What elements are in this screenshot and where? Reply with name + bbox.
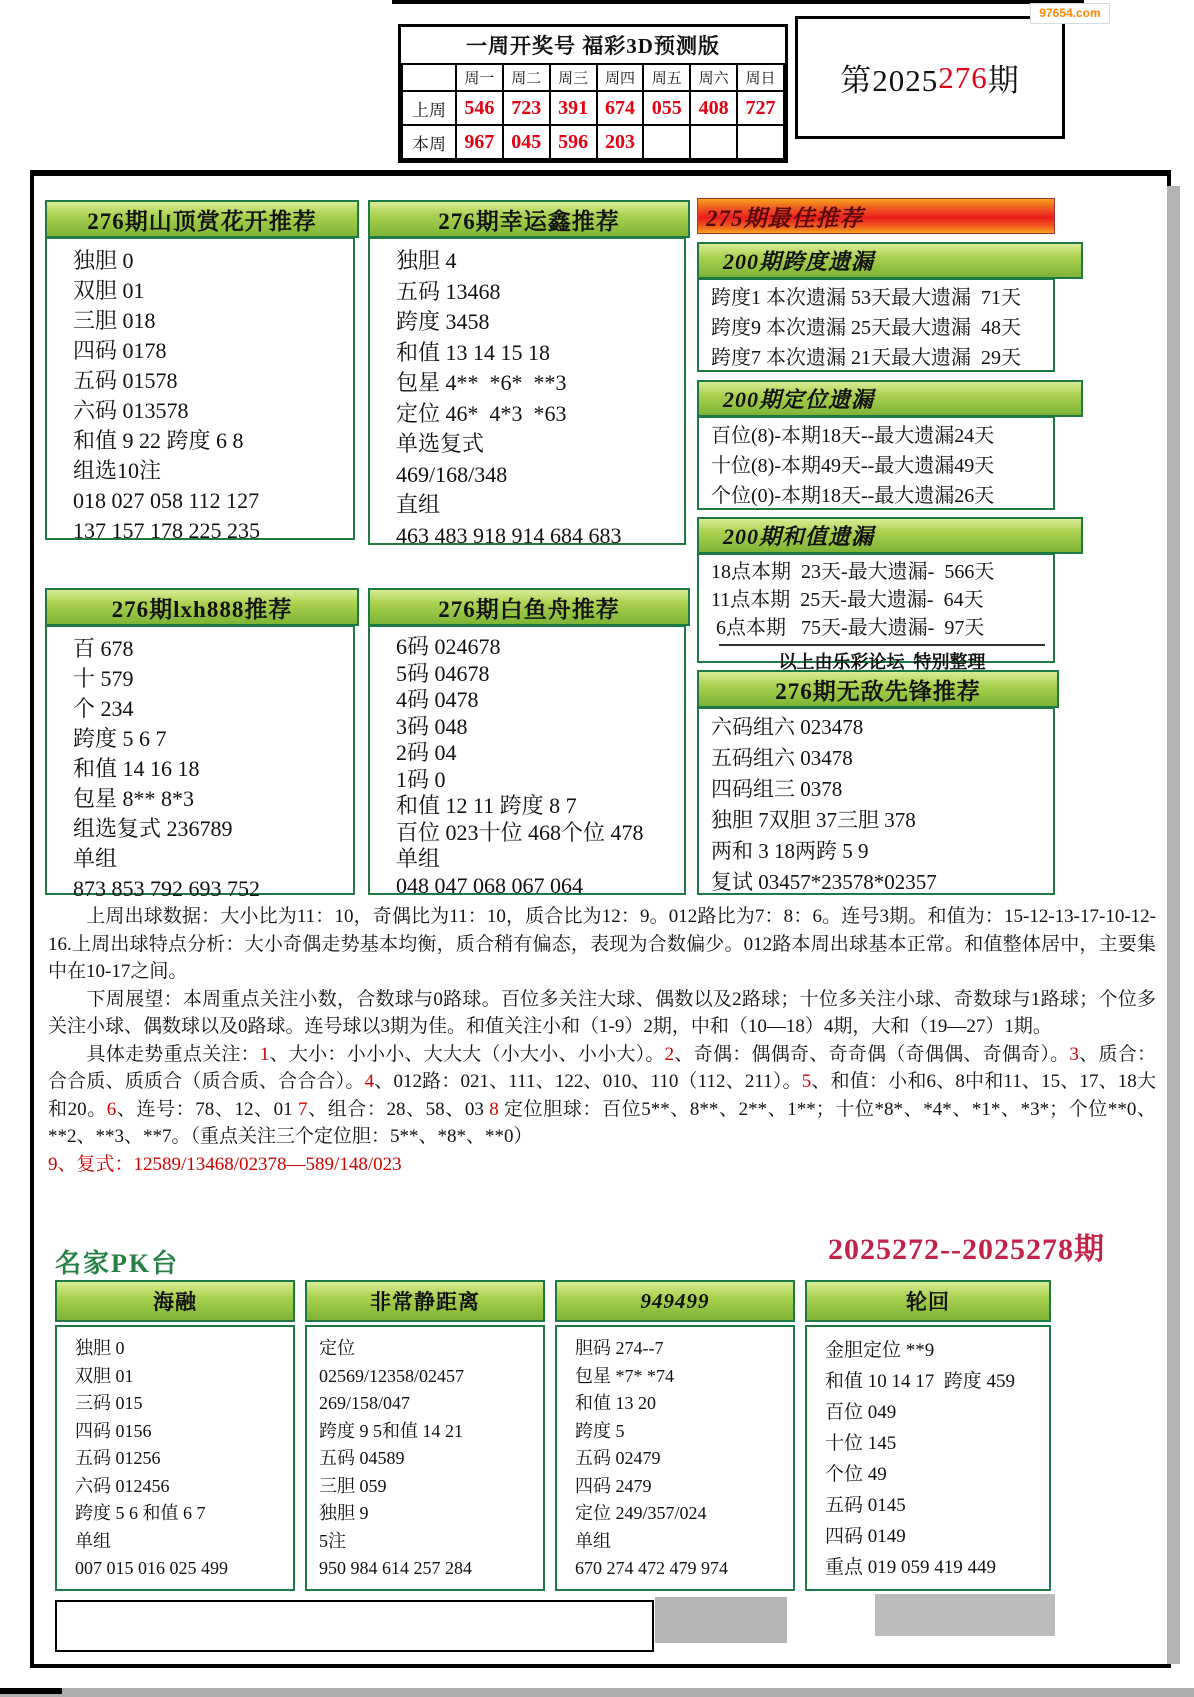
text-line: 02569/12358/02457 <box>319 1363 543 1391</box>
pk-box-hairong-body: 独胆 0双胆 01三码 015四码 0156五码 01256六码 012456跨… <box>55 1325 295 1591</box>
box-wudi-header: 276期无敌先锋推荐 <box>697 670 1059 708</box>
box-hezhi-omit-body: 18点本期 23天-最大遗漏- 566天11点本期 25天-最大遗漏- 64天 … <box>697 553 1055 663</box>
text-line: 百位 023十位 468个位 478 <box>396 820 684 847</box>
text-line: 跨度 3458 <box>396 307 684 338</box>
text-line: 双胆 01 <box>73 276 353 306</box>
text-line: 和值 13 20 <box>575 1390 793 1418</box>
bottom-empty-box <box>55 1600 654 1652</box>
bottom-gray-block <box>655 1597 787 1643</box>
text-line: 组选复式 236789 <box>73 814 353 844</box>
analysis-segment: 、连号：78、12、01 <box>116 1099 298 1120</box>
empty-cell <box>737 125 784 159</box>
text-line: 三胆 018 <box>73 306 353 336</box>
text-line: 六码 012456 <box>75 1473 293 1501</box>
pk-box-feichangjingjuli-header: 非常静距离 <box>305 1280 545 1322</box>
text-line: 个位 49 <box>825 1459 1049 1490</box>
text-line: 和值 13 14 15 18 <box>396 338 684 369</box>
row-label: 上周 <box>402 91 456 125</box>
pk-box-feichangjingjuli: 非常静距离 定位02569/12358/02457269/158/047跨度 9… <box>305 1280 545 1591</box>
text-line: 定位 249/357/024 <box>575 1500 793 1528</box>
draw-number: 967 <box>456 125 503 159</box>
draw-number: 727 <box>737 91 784 125</box>
text-line: 3码 048 <box>396 714 684 741</box>
text-line: 十位(8)-本期49天--最大遗漏49天 <box>711 451 1053 481</box>
pk-box-949499-header: 949499 <box>555 1280 795 1322</box>
analysis-para-lastweek: 上周出球数据：大小比为11：10，奇偶比为11：10，质合比为12：9。012路… <box>48 903 1156 986</box>
red-index-marker: 3 <box>1069 1044 1079 1065</box>
analysis-segment: 、组合：28、58、03 <box>308 1099 490 1120</box>
text-line: 个位(0)-本期18天--最大遗漏26天 <box>711 481 1053 511</box>
text-line: 双胆 01 <box>75 1363 293 1391</box>
issue-suffix: 期 <box>988 55 1020 100</box>
pk-box-hairong-header: 海融 <box>55 1280 295 1322</box>
text-line: 百位 049 <box>825 1397 1049 1428</box>
site-watermark: 97654.com <box>1030 3 1110 24</box>
box-kuadu-omit-body: 跨度1 本次遗漏 53天最大遗漏 71天跨度9 本次遗漏 25天最大遗漏 48天… <box>697 278 1055 372</box>
text-line: 跨度7 本次遗漏 21天最大遗漏 29天 <box>711 343 1053 373</box>
analysis-segment: 具体走势重点关注： <box>48 1044 260 1065</box>
box-shanding-header: 276期山顶赏花开推荐 <box>45 200 359 238</box>
issue-number: 276 <box>938 60 988 96</box>
red-index-marker: 6 <box>107 1099 117 1120</box>
text-line: 独胆 0 <box>73 246 353 276</box>
corner-cell <box>402 64 456 91</box>
text-line: 五码 01256 <box>75 1445 293 1473</box>
text-line: 个 234 <box>73 694 353 724</box>
text-line: 1码 0 <box>396 767 684 794</box>
scan-shadow-right <box>1167 186 1180 1664</box>
draw-number: 546 <box>456 91 503 125</box>
text-line: 048 047 068 067 064 <box>396 873 684 900</box>
pk-boxes-row: 海融 独胆 0双胆 01三码 015四码 0156五码 01256六码 0124… <box>55 1280 1051 1591</box>
day-header: 周六 <box>690 64 737 91</box>
lottery-prediction-page: 97654.com 一周开奖号 福彩3D预测版 周一 周二 周三 周四 周五 周… <box>0 0 1194 1697</box>
box-lxh888-header: 276期lxh888推荐 <box>45 588 359 626</box>
text-line: 金胆定位 **9 <box>825 1335 1049 1366</box>
draw-number: 203 <box>597 125 644 159</box>
box-dingwei-omit-body: 百位(8)-本期18天--最大遗漏24天十位(8)-本期49天--最大遗漏49天… <box>697 416 1055 510</box>
text-line: 十位 145 <box>825 1428 1049 1459</box>
text-line: 五码 0145 <box>825 1490 1049 1521</box>
text-line: 定位 46* 4*3 *63 <box>396 399 684 430</box>
pk-box-lunhui-body: 金胆定位 **9和值 10 14 17 跨度 459百位 049十位 145个位… <box>805 1325 1051 1591</box>
pk-box-lunhui-header: 轮回 <box>805 1280 1051 1322</box>
text-line: 五码 01578 <box>73 366 353 396</box>
pk-box-lunhui: 轮回 金胆定位 **9和值 10 14 17 跨度 459百位 049十位 14… <box>805 1280 1051 1591</box>
top-border-line <box>392 0 1084 4</box>
draw-number: 055 <box>643 91 690 125</box>
analysis-para-outlook: 下周展望：本周重点关注小数，合数球与0路球。百位多关注大球、偶数以及2路球；十位… <box>48 986 1156 1041</box>
text-line: 137 157 178 225 235 <box>73 516 353 546</box>
text-line: 百位(8)-本期18天--最大遗漏24天 <box>711 421 1053 451</box>
draw-number: 723 <box>503 91 550 125</box>
text-line: 6点本期 75天-最大遗漏- 97天 <box>711 614 1053 642</box>
row-label: 本周 <box>402 125 456 159</box>
box-baiyuzhou-body: 6码 0246785码 046784码 04783码 0482码 041码 0和… <box>368 625 686 895</box>
analysis-segment: 、012路：021、111、122、010、110（112、211）。 <box>374 1071 802 1092</box>
issue-prefix: 第2025 <box>840 55 938 100</box>
box-kuadu-omit-header: 200期跨度遗漏 <box>697 242 1083 279</box>
text-line: 和值 12 11 跨度 8 7 <box>396 793 684 820</box>
draw-number: 045 <box>503 125 550 159</box>
text-line: 跨度 5 <box>575 1418 793 1446</box>
text-line: 跨度 5 6 7 <box>73 724 353 754</box>
box-xingyunxin-body: 独胆 4五码 13468跨度 3458和值 13 14 15 18包星 4** … <box>368 237 686 545</box>
analysis-segment: 、奇偶：偶偶奇、奇奇偶（奇偶偶、奇偶奇）。 <box>674 1044 1069 1065</box>
day-header: 周四 <box>597 64 644 91</box>
text-line: 独胆 7双胆 37三胆 378 <box>711 805 1053 836</box>
text-line: 独胆 9 <box>319 1500 543 1528</box>
text-line: 873 853 792 693 752 <box>73 874 353 904</box>
weekly-table-title: 一周开奖号 福彩3D预测版 <box>401 27 785 63</box>
pk-box-949499-body: 胆码 274--7包星 *7* *74和值 13 20跨度 5五码 02479四… <box>555 1325 795 1591</box>
text-line: 五码组六 03478 <box>711 743 1053 774</box>
text-line: 跨度 9 5和值 14 21 <box>319 1418 543 1446</box>
text-line: 胆码 274--7 <box>575 1335 793 1363</box>
text-line: 950 984 614 257 284 <box>319 1555 543 1583</box>
text-line: 2码 04 <box>396 740 684 767</box>
text-line: 三码 015 <box>75 1390 293 1418</box>
text-line: 跨度9 本次遗漏 25天最大遗漏 48天 <box>711 313 1053 343</box>
pk-box-feichangjingjuli-body: 定位02569/12358/02457269/158/047跨度 9 5和值 1… <box>305 1325 545 1591</box>
text-line: 四码 0149 <box>825 1521 1049 1552</box>
text-line: 4码 0478 <box>396 687 684 714</box>
text-line: 独胆 4 <box>396 246 684 277</box>
pk-box-949499: 949499 胆码 274--7包星 *7* *74和值 13 20跨度 5五码… <box>555 1280 795 1591</box>
text-line: 5码 04678 <box>396 661 684 688</box>
text-line: 007 015 016 025 499 <box>75 1555 293 1583</box>
draw-number: 391 <box>550 91 597 125</box>
analysis-segment: 、大小：小小小、大大大（小大小、小小大）。 <box>269 1044 664 1065</box>
box-hezhi-omit-header: 200期和值遗漏 <box>697 517 1083 554</box>
table-header-row: 周一 周二 周三 周四 周五 周六 周日 <box>402 64 784 91</box>
day-header: 周五 <box>643 64 690 91</box>
text-line: 四码 0178 <box>73 336 353 366</box>
text-line: 单组 <box>396 846 684 873</box>
text-line: 十 579 <box>73 664 353 694</box>
red-index-marker: 1 <box>260 1044 270 1065</box>
text-line: 五码 04589 <box>319 1445 543 1473</box>
box-dingwei-omit-header: 200期定位遗漏 <box>697 380 1083 417</box>
analysis-para-fushi: 9、复式：12589/13468/02378—589/148/023 <box>48 1151 1156 1179</box>
text-line: 直组 <box>396 490 684 521</box>
red-index-marker: 4 <box>365 1071 375 1092</box>
scan-shadow-bottom <box>0 1688 1194 1697</box>
text-line: 单组 <box>75 1528 293 1556</box>
text-line: 六码组六 023478 <box>711 712 1053 743</box>
text-line: 包星 4** *6* **3 <box>396 368 684 399</box>
text-line: 和值 10 14 17 跨度 459 <box>825 1366 1049 1397</box>
text-line: 463 483 918 914 684 683 <box>396 521 684 552</box>
weekly-draw-grid: 周一 周二 周三 周四 周五 周六 周日 上周 546 723 391 674 … <box>401 63 785 160</box>
red-index-marker: 2 <box>665 1044 675 1065</box>
weekly-draw-table: 一周开奖号 福彩3D预测版 周一 周二 周三 周四 周五 周六 周日 上周 54… <box>398 24 788 163</box>
text-line: 四码 0156 <box>75 1418 293 1446</box>
box-wudi-body: 六码组六 023478五码组六 03478四码组三 0378独胆 7双胆 37三… <box>697 707 1055 895</box>
draw-number: 596 <box>550 125 597 159</box>
table-row-lastweek: 上周 546 723 391 674 055 408 727 <box>402 91 784 125</box>
red-index-marker: 5 <box>802 1071 812 1092</box>
red-index-marker: 7 <box>298 1099 308 1120</box>
pk-box-hairong: 海融 独胆 0双胆 01三码 015四码 0156五码 01256六码 0124… <box>55 1280 295 1591</box>
text-line: 和值 14 16 18 <box>73 754 353 784</box>
text-line: 百 678 <box>73 634 353 664</box>
analysis-text-block: 上周出球数据：大小比为11：10，奇偶比为11：10，质合比为12：9。012路… <box>48 903 1156 1178</box>
day-header: 周二 <box>503 64 550 91</box>
box-xingyunxin-header: 276期幸运鑫推荐 <box>368 200 690 238</box>
draw-number: 408 <box>690 91 737 125</box>
text-line: 包星 *7* *74 <box>575 1363 793 1391</box>
text-line: 11点本期 25天-最大遗漏- 64天 <box>711 586 1053 614</box>
text-line: 五码 13468 <box>396 277 684 308</box>
box-lxh888-body: 百 678十 579个 234跨度 5 6 7和值 14 16 18包星 8**… <box>45 625 355 895</box>
bottom-gray-block <box>875 1594 1055 1636</box>
day-header: 周三 <box>550 64 597 91</box>
text-line: 单组 <box>73 844 353 874</box>
text-line: 四码组三 0378 <box>711 774 1053 805</box>
text-line: 包星 8** 8*3 <box>73 784 353 814</box>
issue-number-box: 第2025276期 <box>795 16 1065 139</box>
day-header: 周日 <box>737 64 784 91</box>
text-line: 六码 013578 <box>73 396 353 426</box>
issue-range-label: 2025272--2025278期 <box>828 1224 1105 1268</box>
red-index-marker: 8 <box>489 1099 499 1120</box>
text-line: 6码 024678 <box>396 634 684 661</box>
text-line: 重点 019 059 419 449 <box>825 1552 1049 1583</box>
text-line: 469/168/348 <box>396 460 684 491</box>
day-header: 周一 <box>456 64 503 91</box>
text-line: 四码 2479 <box>575 1473 793 1501</box>
analysis-para-focus: 具体走势重点关注：1、大小：小小小、大大大（小大小、小小大）。2、奇偶：偶偶奇、… <box>48 1041 1156 1151</box>
box-baiyuzhou-header: 276期白鱼舟推荐 <box>368 588 690 626</box>
text-line: 独胆 0 <box>75 1335 293 1363</box>
box-shanding-body: 独胆 0双胆 01三胆 018四码 0178五码 01578六码 013578和… <box>45 237 355 540</box>
text-line: 单选复式 <box>396 429 684 460</box>
text-line: 单组 <box>575 1528 793 1556</box>
text-line: 五码 02479 <box>575 1445 793 1473</box>
draw-number: 674 <box>597 91 644 125</box>
empty-cell <box>643 125 690 159</box>
text-line: 18点本期 23天-最大遗漏- 566天 <box>711 558 1053 586</box>
text-line: 670 274 472 479 974 <box>575 1555 793 1583</box>
text-line: 269/158/047 <box>319 1390 543 1418</box>
text-line: 定位 <box>319 1335 543 1363</box>
empty-cell <box>690 125 737 159</box>
text-line: 复试 03457*23578*02357 <box>711 867 1053 898</box>
text-line: 跨度1 本次遗漏 53天最大遗漏 71天 <box>711 283 1053 313</box>
table-row-thisweek: 本周 967 045 596 203 <box>402 125 784 159</box>
scan-edge-mark <box>0 1688 62 1694</box>
pk-section-title: 名家PK台 <box>55 1243 179 1280</box>
text-line: 018 027 058 112 127 <box>73 486 353 516</box>
text-line: 三胆 059 <box>319 1473 543 1501</box>
text-line: 两和 3 18两跨 5 9 <box>711 836 1053 867</box>
best-recommend-banner: 275期最佳推荐 <box>697 198 1055 234</box>
text-line: 5注 <box>319 1528 543 1556</box>
text-line: 组选10注 <box>73 456 353 486</box>
hezhi-lines: 18点本期 23天-最大遗漏- 566天11点本期 25天-最大遗漏- 64天 … <box>711 558 1053 642</box>
text-line: 和值 9 22 跨度 6 8 <box>73 426 353 456</box>
text-line: 跨度 5 6 和值 6 7 <box>75 1500 293 1528</box>
